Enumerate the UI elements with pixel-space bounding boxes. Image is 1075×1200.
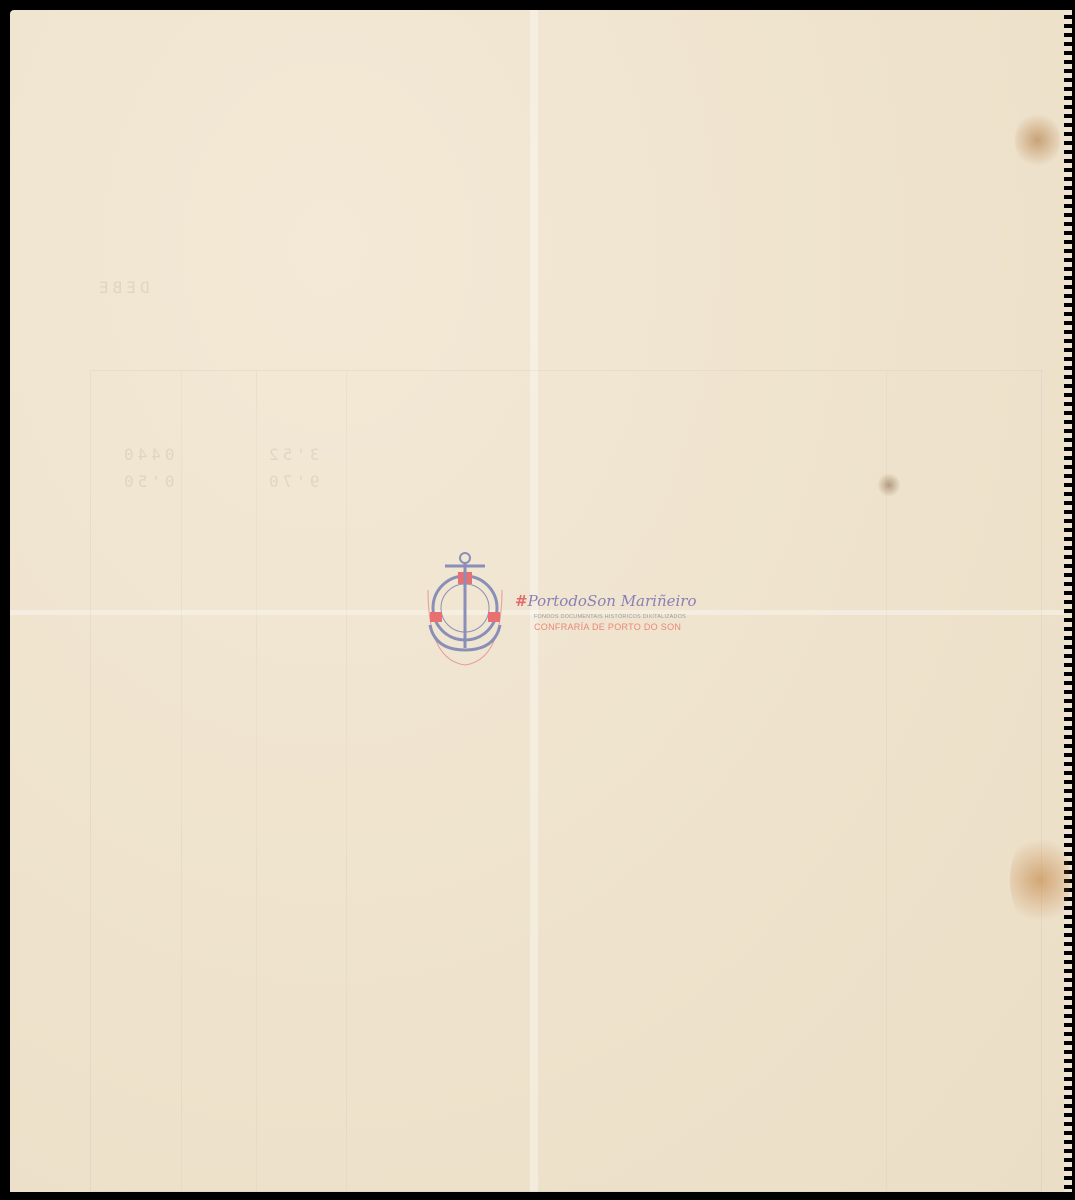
watermark-logo: #PortodoSon Mariñeiro FONDOS DOCUMENTAIS… — [420, 550, 680, 670]
bleed-through-header: DEBE — [95, 278, 150, 297]
watermark-subtitle: FONDOS DOCUMENTAIS HISTÓRICOS DIXITALIZA… — [534, 614, 686, 620]
rust-stain — [1015, 110, 1060, 170]
watermark-organization: CONFRARÍA DE PORTO DO SON — [534, 622, 681, 632]
perforated-edge — [1064, 10, 1072, 1192]
scanned-document-page: DEBE 0440 3'52 0'50 9'70 #PortodoSon Mar… — [10, 10, 1068, 1192]
bleed-through-table-grid — [90, 370, 1042, 1192]
stain-spot — [878, 472, 900, 498]
anchor-lifebuoy-icon — [420, 550, 510, 668]
rust-stain — [1010, 830, 1070, 930]
watermark-brand: #PortodoSon Mariñeiro — [515, 592, 697, 610]
